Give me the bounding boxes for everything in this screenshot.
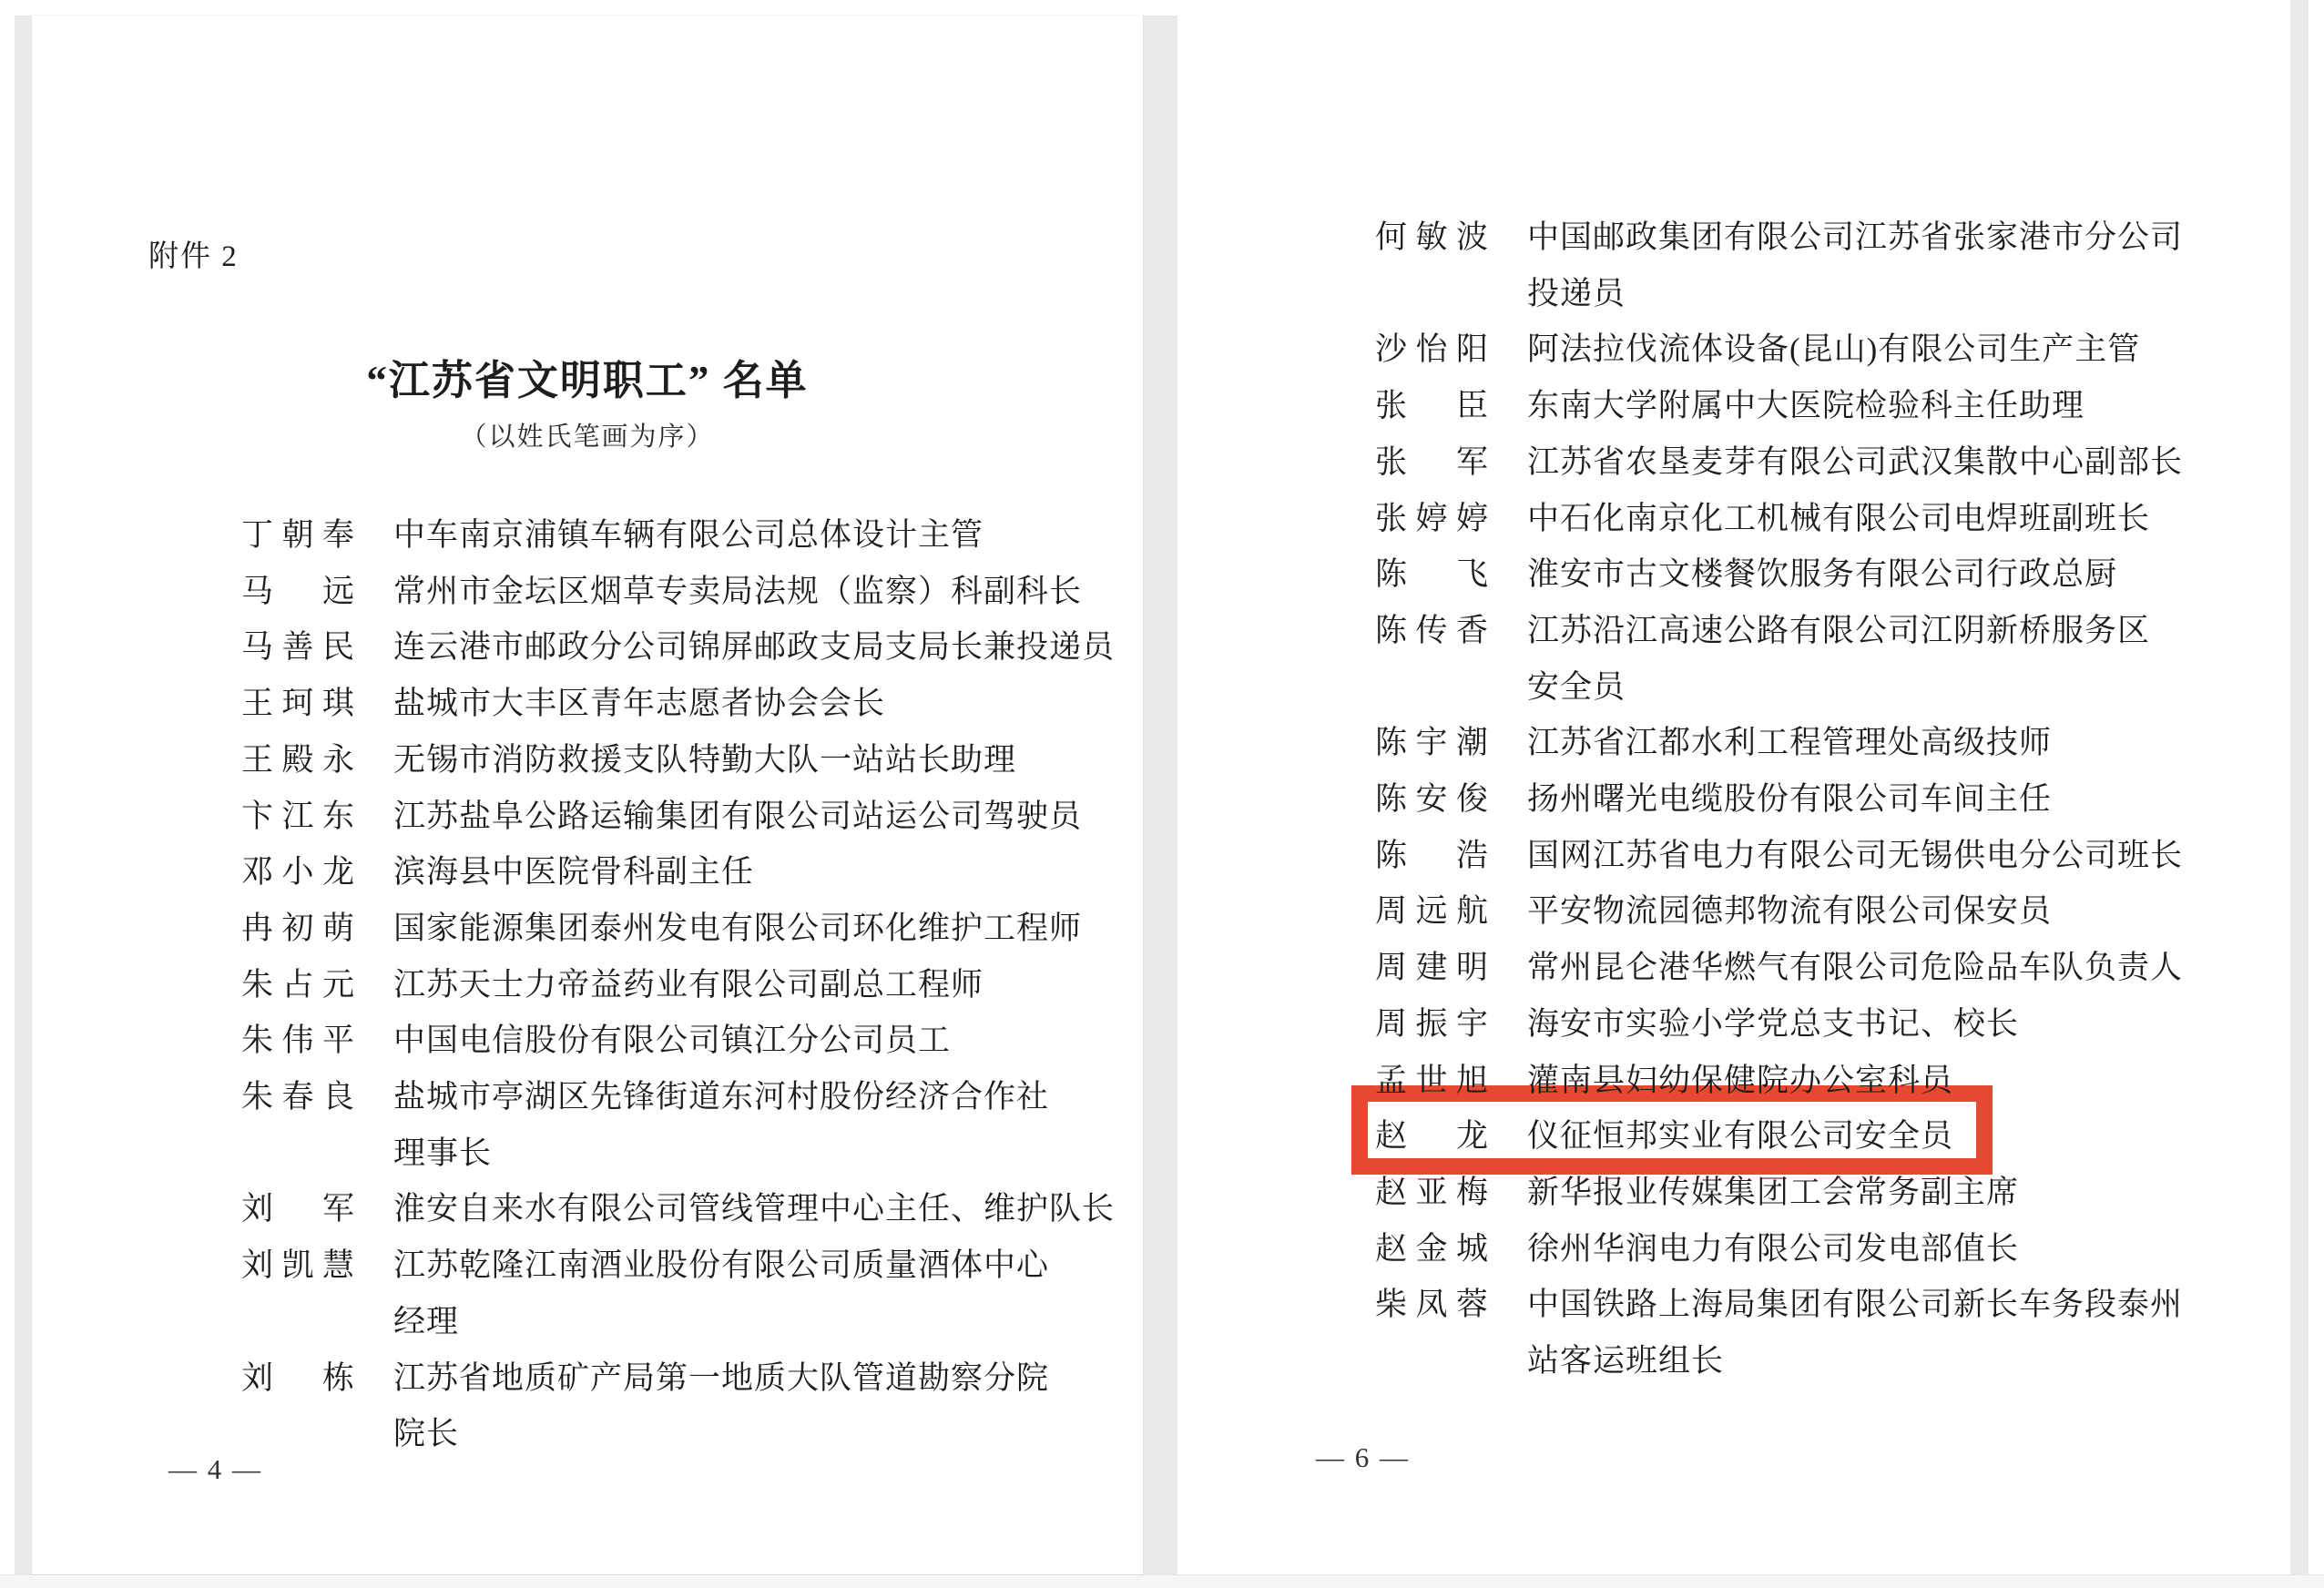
list-item: 陈 浩国网江苏省电力有限公司无锡供电分公司班长 — [1375, 828, 2183, 884]
person-title-line: 常州市金坛区烟草专卖局法规（监察）科副科长 — [393, 564, 1082, 620]
person-title-line: 无锡市消防救援支队特勤大队一站站长助理 — [393, 732, 1016, 789]
page-edge-left — [15, 15, 32, 1574]
list-item: 刘凯慧江苏乾隆江南酒业股份有限公司质量酒体中心经理 — [241, 1237, 1115, 1349]
person-name: 王殿永 — [241, 732, 355, 789]
person-name: 刘 军 — [241, 1181, 355, 1237]
list-item: 柴凤蓉中国铁路上海局集团有限公司新长车务段泰州站客运班组长 — [1375, 1277, 2183, 1389]
list-item: 沙怡阳阿法拉伐流体设备(昆山)有限公司生产主管 — [1375, 321, 2183, 378]
list-item: 周远航平安物流园德邦物流有限公司保安员 — [1375, 883, 2183, 940]
person-title-line: 盐城市大丰区青年志愿者协会会长 — [393, 676, 885, 732]
person-name: 张 臣 — [1375, 378, 1489, 434]
list-item: 陈安俊扬州曙光电缆股份有限公司车间主任 — [1375, 771, 2183, 828]
person-name: 周振宇 — [1375, 996, 1489, 1053]
list-item: 孟世旭灌南县妇幼保健院办公室科员 — [1375, 1053, 2183, 1109]
person-name: 刘凯慧 — [241, 1237, 355, 1294]
list-item: 朱占元江苏天士力帝益药业有限公司副总工程师 — [241, 957, 1115, 1013]
list-item: 马善民连云港市邮政分公司锦屏邮政支局支局长兼投递员 — [241, 619, 1115, 676]
person-title-line: 院长 — [393, 1406, 1049, 1462]
attachment-label: 附件 2 — [148, 232, 239, 275]
document-page-left: 附件 2 “江苏省文明职工” 名单 （以姓氏笔画为序） 丁朝奉中车南京浦镇车辆有… — [32, 15, 1143, 1574]
list-item: 卞江东江苏盐阜公路运输集团有限公司站运公司驾驶员 — [241, 789, 1115, 845]
page-divider — [1143, 15, 1177, 1574]
list-item: 陈 飞淮安市古文楼餐饮服务有限公司行政总厨 — [1375, 546, 2183, 603]
person-name: 何敏波 — [1375, 209, 1489, 266]
person-name: 沙怡阳 — [1375, 321, 1489, 378]
person-title-line: 淮安市古文楼餐饮服务有限公司行政总厨 — [1527, 546, 2117, 603]
person-title-line: 阿法拉伐流体设备(昆山)有限公司生产主管 — [1527, 321, 2140, 378]
person-name: 陈 浩 — [1375, 828, 1489, 884]
person-title-line: 江苏天士力帝益药业有限公司副总工程师 — [393, 957, 984, 1013]
person-title-line: 投递员 — [1527, 266, 2183, 322]
person-name: 张 军 — [1375, 434, 1489, 491]
person-title-line: 仪征恒邦实业有限公司安全员 — [1527, 1108, 1953, 1165]
person-title-line: 江苏乾隆江南酒业股份有限公司质量酒体中心 — [393, 1237, 1049, 1294]
person-title-line: 江苏盐阜公路运输集团有限公司站运公司驾驶员 — [393, 789, 1082, 845]
person-name: 赵 龙 — [1375, 1108, 1489, 1165]
person-title-line: 江苏省农垦麦芽有限公司武汉集散中心副部长 — [1527, 434, 2183, 491]
person-name: 柴凤蓉 — [1375, 1277, 1489, 1333]
person-title-line: 国家能源集团泰州发电有限公司环化维护工程师 — [393, 901, 1082, 957]
list-item: 朱春良盐城市亭湖区先锋街道东河村股份经济合作社理事长 — [241, 1069, 1115, 1181]
list-item: 邓小龙滨海县中医院骨科副主任 — [241, 844, 1115, 901]
page-edge-right — [2290, 0, 2309, 1574]
person-name: 刘 栋 — [241, 1350, 355, 1407]
list-item: 陈传香江苏沿江高速公路有限公司江阴新桥服务区安全员 — [1375, 603, 2183, 715]
person-title-line: 扬州曙光电缆股份有限公司车间主任 — [1527, 771, 2052, 828]
person-title-line: 平安物流园德邦物流有限公司保安员 — [1527, 883, 2052, 940]
person-title-line: 新华报业传媒集团工会常务副主席 — [1527, 1165, 2019, 1221]
person-title-line: 灌南县妇幼保健院办公室科员 — [1527, 1053, 1953, 1109]
person-name: 陈安俊 — [1375, 771, 1489, 828]
list-item: 陈宇潮江苏省江都水利工程管理处高级技师 — [1375, 715, 2183, 771]
person-title-line: 中车南京浦镇车辆有限公司总体设计主管 — [393, 507, 984, 564]
person-name: 张婷婷 — [1375, 491, 1489, 547]
page-edge-bottom — [0, 1574, 2324, 1588]
list-item: 冉初萌国家能源集团泰州发电有限公司环化维护工程师 — [241, 901, 1115, 957]
person-name: 王珂琪 — [241, 676, 355, 732]
list-item: 赵金城徐州华润电力有限公司发电部值长 — [1375, 1221, 2183, 1278]
list-item: 朱伟平中国电信股份有限公司镇江分公司员工 — [241, 1013, 1115, 1069]
person-title-line: 滨海县中医院骨科副主任 — [393, 844, 754, 901]
list-item: 赵亚梅新华报业传媒集团工会常务副主席 — [1375, 1165, 2183, 1221]
person-name: 陈 飞 — [1375, 546, 1489, 603]
person-title-line: 徐州华润电力有限公司发电部值长 — [1527, 1221, 2019, 1278]
list-item: 何敏波中国邮政集团有限公司江苏省张家港市分公司投递员 — [1375, 209, 2183, 321]
person-title-line: 江苏沿江高速公路有限公司江阴新桥服务区 — [1527, 603, 2150, 659]
list-item: 周振宇海安市实验小学党总支书记、校长 — [1375, 996, 2183, 1053]
person-name: 丁朝奉 — [241, 507, 355, 564]
person-name: 朱春良 — [241, 1069, 355, 1125]
person-title-line: 东南大学附属中大医院检验科主任助理 — [1527, 378, 2084, 434]
person-name: 周远航 — [1375, 883, 1489, 940]
person-title-line: 经理 — [393, 1294, 1049, 1350]
person-title-line: 海安市实验小学党总支书记、校长 — [1527, 996, 2019, 1053]
person-title-line: 理事长 — [393, 1125, 1049, 1182]
list-item: 王珂琪盐城市大丰区青年志愿者协会会长 — [241, 676, 1115, 732]
person-name: 马善民 — [241, 619, 355, 676]
person-title-line: 站客运班组长 — [1527, 1333, 2183, 1389]
person-title-line: 中石化南京化工机械有限公司电焊班副班长 — [1527, 491, 2150, 547]
list-item: 张 臣东南大学附属中大医院检验科主任助理 — [1375, 378, 2183, 434]
person-title-line: 安全员 — [1527, 659, 2150, 716]
person-title-line: 中国电信股份有限公司镇江分公司员工 — [393, 1013, 951, 1069]
awardee-list-right: 何敏波中国邮政集团有限公司江苏省张家港市分公司投递员 沙怡阳阿法拉伐流体设备(昆… — [1375, 209, 2183, 1389]
person-name: 赵金城 — [1375, 1221, 1489, 1278]
person-name: 马 远 — [241, 564, 355, 620]
list-item: 刘 军淮安自来水有限公司管线管理中心主任、维护队长 — [241, 1181, 1115, 1237]
person-title-line: 常州昆仑港华燃气有限公司危险品车队负责人 — [1527, 940, 2183, 996]
page-number-footer: — 6 — — [1316, 1440, 1410, 1474]
person-name: 邓小龙 — [241, 844, 355, 901]
person-title-line: 国网江苏省电力有限公司无锡供电分公司班长 — [1527, 828, 2183, 884]
list-item-highlighted: 赵 龙仪征恒邦实业有限公司安全员 — [1375, 1108, 2183, 1165]
list-item: 马 远常州市金坛区烟草专卖局法规（监察）科副科长 — [241, 564, 1115, 620]
person-name: 陈宇潮 — [1375, 715, 1489, 771]
list-item: 王殿永无锡市消防救援支队特勤大队一站站长助理 — [241, 732, 1115, 789]
list-item: 张 军江苏省农垦麦芽有限公司武汉集散中心副部长 — [1375, 434, 2183, 491]
document-subtitle: （以姓氏笔画为序） — [32, 416, 1143, 453]
person-title-line: 江苏省地质矿产局第一地质大队管道勘察分院 — [393, 1350, 1049, 1407]
list-item: 丁朝奉中车南京浦镇车辆有限公司总体设计主管 — [241, 507, 1115, 564]
person-name: 卞江东 — [241, 789, 355, 845]
document-title: “江苏省文明职工” 名单 — [32, 347, 1143, 406]
person-name: 陈传香 — [1375, 603, 1489, 659]
awardee-list-left: 丁朝奉中车南京浦镇车辆有限公司总体设计主管 马 远常州市金坛区烟草专卖局法规（监… — [241, 507, 1115, 1462]
person-title-line: 中国邮政集团有限公司江苏省张家港市分公司 — [1527, 209, 2183, 266]
document-page-right: 何敏波中国邮政集团有限公司江苏省张家港市分公司投递员 沙怡阳阿法拉伐流体设备(昆… — [1177, 0, 2290, 1574]
list-item: 周建明常州昆仑港华燃气有限公司危险品车队负责人 — [1375, 940, 2183, 996]
person-title-line: 江苏省江都水利工程管理处高级技师 — [1527, 715, 2052, 771]
person-title-line: 连云港市邮政分公司锦屏邮政支局支局长兼投递员 — [393, 619, 1115, 676]
list-item: 张婷婷中石化南京化工机械有限公司电焊班副班长 — [1375, 491, 2183, 547]
person-name: 孟世旭 — [1375, 1053, 1489, 1109]
person-title-line: 盐城市亭湖区先锋街道东河村股份经济合作社 — [393, 1069, 1049, 1125]
person-name: 冉初萌 — [241, 901, 355, 957]
list-item: 刘 栋江苏省地质矿产局第一地质大队管道勘察分院院长 — [241, 1350, 1115, 1462]
person-title-line: 淮安自来水有限公司管线管理中心主任、维护队长 — [393, 1181, 1115, 1237]
person-name: 朱占元 — [241, 957, 355, 1013]
person-name: 朱伟平 — [241, 1013, 355, 1069]
person-name: 赵亚梅 — [1375, 1165, 1489, 1221]
person-name: 周建明 — [1375, 940, 1489, 996]
person-title-line: 中国铁路上海局集团有限公司新长车务段泰州 — [1527, 1277, 2183, 1333]
